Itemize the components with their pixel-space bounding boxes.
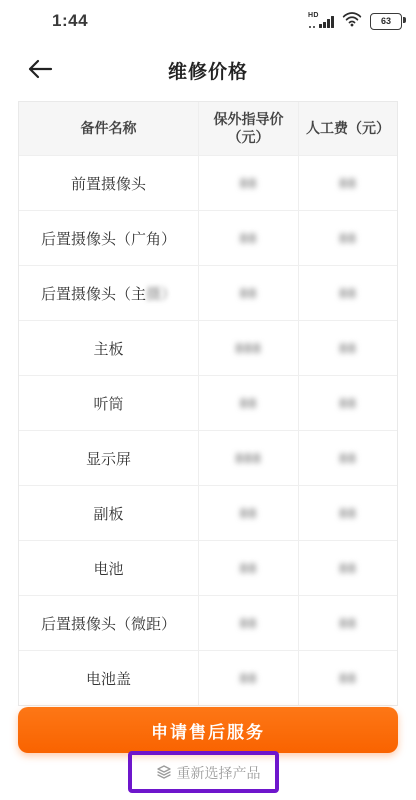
table-row: 电池 88 88 bbox=[19, 540, 397, 595]
guide-price-cell: 888 bbox=[198, 431, 298, 485]
guide-price-cell: 88 bbox=[198, 211, 298, 265]
column-header-labor-fee: 人工费（元） bbox=[298, 102, 397, 155]
part-name-cell: 听筒 bbox=[19, 376, 198, 430]
guide-price-cell: 88 bbox=[198, 266, 298, 320]
labor-fee-cell: 88 bbox=[298, 321, 397, 375]
part-name-cell: 后置摄像头（主摄） bbox=[19, 266, 198, 320]
part-name-cell: 电池盖 bbox=[19, 651, 198, 705]
part-name-cell: 主板 bbox=[19, 321, 198, 375]
table-row: 电池盖 88 88 bbox=[19, 650, 397, 705]
status-icons: HD 63 bbox=[308, 10, 402, 32]
table-row: 后置摄像头（微距） 88 88 bbox=[19, 595, 397, 650]
layers-icon bbox=[156, 764, 172, 783]
guide-price-cell: 888 bbox=[198, 321, 298, 375]
labor-fee-cell: 88 bbox=[298, 431, 397, 485]
battery-percent: 63 bbox=[381, 17, 391, 26]
reselect-product-label: 重新选择产品 bbox=[177, 763, 261, 783]
table-row: 后置摄像头（广角） 88 88 bbox=[19, 210, 397, 265]
app-bar: 维修价格 bbox=[0, 45, 416, 97]
guide-price-cell: 88 bbox=[198, 651, 298, 705]
guide-price-cell: 88 bbox=[198, 156, 298, 210]
guide-price-cell: 88 bbox=[198, 486, 298, 540]
labor-fee-cell: 88 bbox=[298, 486, 397, 540]
guide-price-cell: 88 bbox=[198, 596, 298, 650]
guide-price-cell: 88 bbox=[198, 541, 298, 595]
cellular-signal-icon: HD bbox=[308, 12, 334, 30]
labor-fee-cell: 88 bbox=[298, 541, 397, 595]
wifi-icon bbox=[342, 10, 362, 33]
column-header-part-name: 备件名称 bbox=[19, 102, 198, 155]
clock: 1:44 bbox=[52, 11, 88, 31]
table-row: 前置摄像头 88 88 bbox=[19, 155, 397, 210]
part-name-cell: 电池 bbox=[19, 541, 198, 595]
labor-fee-cell: 88 bbox=[298, 651, 397, 705]
labor-fee-cell: 88 bbox=[298, 211, 397, 265]
labor-fee-cell: 88 bbox=[298, 596, 397, 650]
page-title: 维修价格 bbox=[0, 57, 416, 84]
table-row: 听筒 88 88 bbox=[19, 375, 397, 430]
table-row: 主板 888 88 bbox=[19, 320, 397, 375]
battery-icon: 63 bbox=[370, 13, 402, 30]
labor-fee-cell: 88 bbox=[298, 156, 397, 210]
part-name-cell: 后置摄像头（微距） bbox=[19, 596, 198, 650]
hd-badge: HD bbox=[308, 12, 319, 19]
part-name-cell: 前置摄像头 bbox=[19, 156, 198, 210]
apply-after-sales-button[interactable]: 申请售后服务 bbox=[18, 707, 398, 753]
part-name-cell: 显示屏 bbox=[19, 431, 198, 485]
part-name-cell: 副板 bbox=[19, 486, 198, 540]
labor-fee-cell: 88 bbox=[298, 376, 397, 430]
column-header-guide-price: 保外指导价 （元） bbox=[198, 102, 298, 155]
reselect-product-link[interactable]: 重新选择产品 bbox=[0, 760, 416, 786]
table-row: 显示屏 888 88 bbox=[19, 430, 397, 485]
table-header-row: 备件名称 保外指导价 （元） 人工费（元） bbox=[19, 102, 397, 155]
table-row: 副板 88 88 bbox=[19, 485, 397, 540]
table-row: 后置摄像头（主摄） 88 88 bbox=[19, 265, 397, 320]
labor-fee-cell: 88 bbox=[298, 266, 397, 320]
guide-price-cell: 88 bbox=[198, 376, 298, 430]
part-name-cell: 后置摄像头（广角） bbox=[19, 211, 198, 265]
repair-price-table: 备件名称 保外指导价 （元） 人工费（元） 前置摄像头 88 88 后置摄像头（… bbox=[18, 101, 398, 706]
table-body: 前置摄像头 88 88 后置摄像头（广角） 88 88 后置摄像头（主摄） 88… bbox=[19, 155, 397, 705]
status-bar: 1:44 HD 63 bbox=[0, 0, 416, 45]
